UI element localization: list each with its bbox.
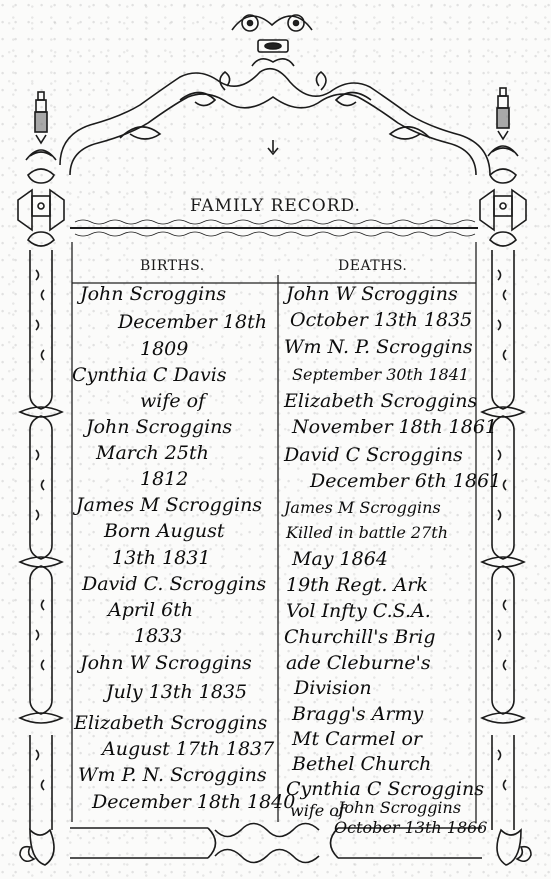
right-border-column: [482, 250, 524, 830]
death-entry-note: Division: [294, 679, 372, 698]
death-entry-date: September 30th 1841: [292, 367, 469, 383]
birth-entry-name: Cynthia C Davis: [72, 366, 227, 385]
birth-entry-name: Elizabeth Scroggins: [74, 714, 267, 733]
birth-entry-name: John W Scroggins: [80, 654, 252, 673]
death-entry-name: Cynthia C Scroggins: [286, 780, 484, 799]
death-entry-note: Mt Carmel or: [292, 730, 422, 749]
births-column-header: BIRTHS.: [140, 258, 205, 274]
birth-entry-date: August 17th 1837: [102, 740, 274, 759]
birth-entry-name: David C. Scroggins: [82, 575, 266, 594]
birth-entry-date: March 25th: [96, 444, 209, 463]
birth-entry-year: 1812: [140, 470, 188, 489]
death-entry-note: Vol Infty C.S.A.: [286, 602, 431, 621]
death-entry-note: ade Cleburne's: [286, 654, 431, 673]
death-entry-date: November 18th 1861: [292, 418, 497, 437]
birth-entry-date: December 18th 1840: [92, 793, 295, 812]
death-entry-note: Bethel Church: [292, 755, 431, 774]
birth-entry-name: James M Scroggins: [76, 496, 262, 515]
birth-entry-year: 1809: [140, 340, 188, 359]
top-crest-ornament: [220, 15, 326, 90]
birth-entry-date: April 6th: [108, 601, 193, 620]
birth-entry-name: John Scroggins: [80, 285, 226, 304]
birth-entry-name: Wm P. N. Scroggins: [78, 766, 267, 785]
death-entry-date: October 13th 1835: [290, 311, 472, 330]
death-entry-note: Churchill's Brig: [284, 628, 436, 647]
death-entry-name: James M Scroggins: [284, 500, 441, 516]
death-entry-name: Elizabeth Scroggins: [284, 392, 477, 411]
death-entry-note: wife of: [290, 803, 345, 819]
death-entry-note: Bragg's Army: [292, 705, 423, 724]
birth-entry-date: Born August: [104, 522, 225, 541]
birth-entry-date: December 18th: [118, 313, 267, 332]
death-entry-note: John Scroggins: [338, 800, 461, 816]
birth-entry-note: John Scroggins: [86, 418, 232, 437]
birth-entry-note: wife of: [140, 392, 205, 411]
death-entry-note: Killed in battle 27th: [286, 525, 448, 541]
death-entry-name: Wm N. P. Scroggins: [284, 338, 473, 357]
birth-entry-year: 13th 1831: [112, 549, 210, 568]
death-entry-name: David C Scroggins: [284, 446, 463, 465]
death-entry-note: May 1864: [292, 550, 388, 569]
right-spire: [488, 88, 518, 156]
ornamental-border: [0, 0, 551, 879]
left-border-column: [20, 250, 62, 830]
family-record-page: FAMILY RECORD. BIRTHS. DEATHS. John Scro…: [0, 0, 551, 879]
left-spire: [26, 92, 56, 160]
death-entry-note: 19th Regt. Ark: [286, 576, 428, 595]
birth-entry-date: July 13th 1835: [106, 683, 247, 702]
birth-entry-year: 1833: [134, 627, 182, 646]
death-entry-date: December 6th 1861: [310, 472, 501, 491]
death-entry-name: John W Scroggins: [286, 285, 458, 304]
deaths-column-header: DEATHS.: [338, 258, 407, 274]
death-entry-date: October 13th 1866: [334, 820, 487, 836]
page-title: FAMILY RECORD.: [0, 196, 551, 216]
